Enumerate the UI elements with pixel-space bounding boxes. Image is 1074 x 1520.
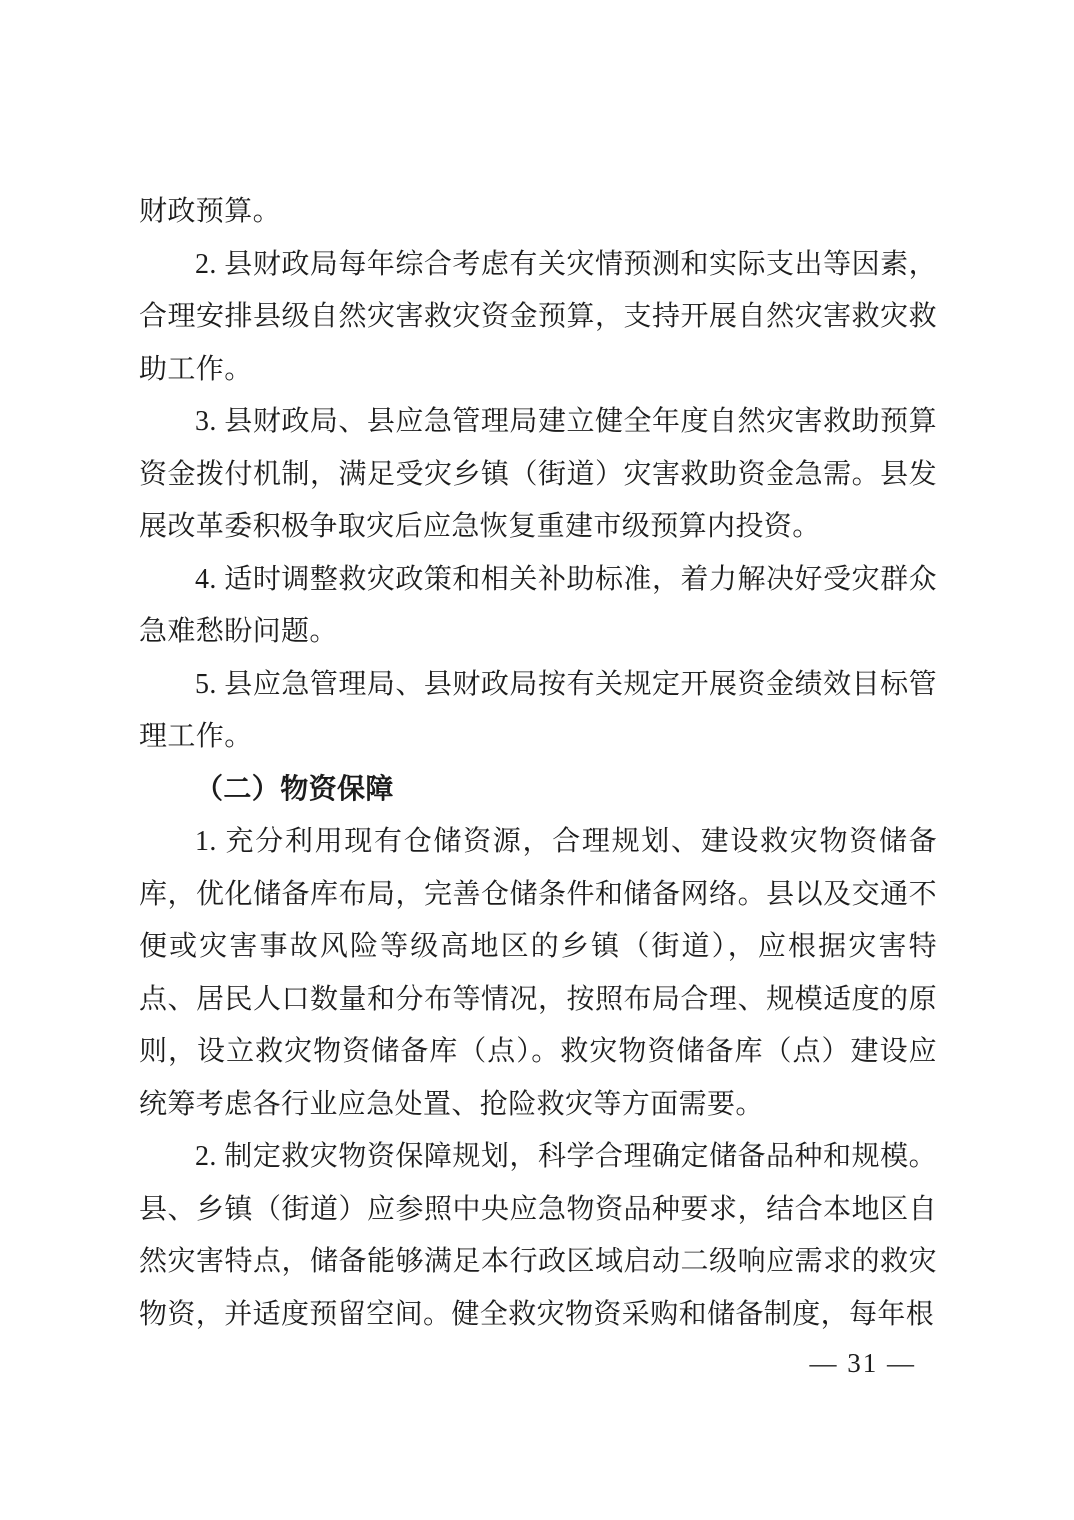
paragraph-item-2-funding: 2. 县财政局每年综合考虑有关灾情预测和实际支出等因素，合理安排县级自然灾害救灾…: [139, 239, 937, 397]
paragraph-item-4-funding: 4. 适时调整救灾政策和相关补助标准，着力解决好受灾群众急难愁盼问题。: [139, 554, 937, 659]
paragraph-item-2-material: 2. 制定救灾物资保障规划，科学合理确定储备品种和规模。县、乡镇（街道）应参照中…: [139, 1131, 937, 1341]
paragraph-item-3-funding: 3. 县财政局、县应急管理局建立健全年度自然灾害救助预算资金拨付机制，满足受灾乡…: [139, 396, 937, 554]
paragraph-item-5-funding: 5. 县应急管理局、县财政局按有关规定开展资金绩效目标管理工作。: [139, 659, 937, 764]
document-page: 财政预算。 2. 县财政局每年综合考虑有关灾情预测和实际支出等因素，合理安排县级…: [0, 0, 1074, 1520]
paragraph-continuation: 财政预算。: [139, 186, 937, 239]
page-number: — 31 —: [810, 1346, 917, 1380]
section-heading-material-support: （二）物资保障: [139, 764, 937, 817]
document-body: 财政预算。 2. 县财政局每年综合考虑有关灾情预测和实际支出等因素，合理安排县级…: [139, 186, 937, 1341]
paragraph-item-1-material: 1. 充分利用现有仓储资源，合理规划、建设救灾物资储备库，优化储备库布局，完善仓…: [139, 816, 937, 1131]
